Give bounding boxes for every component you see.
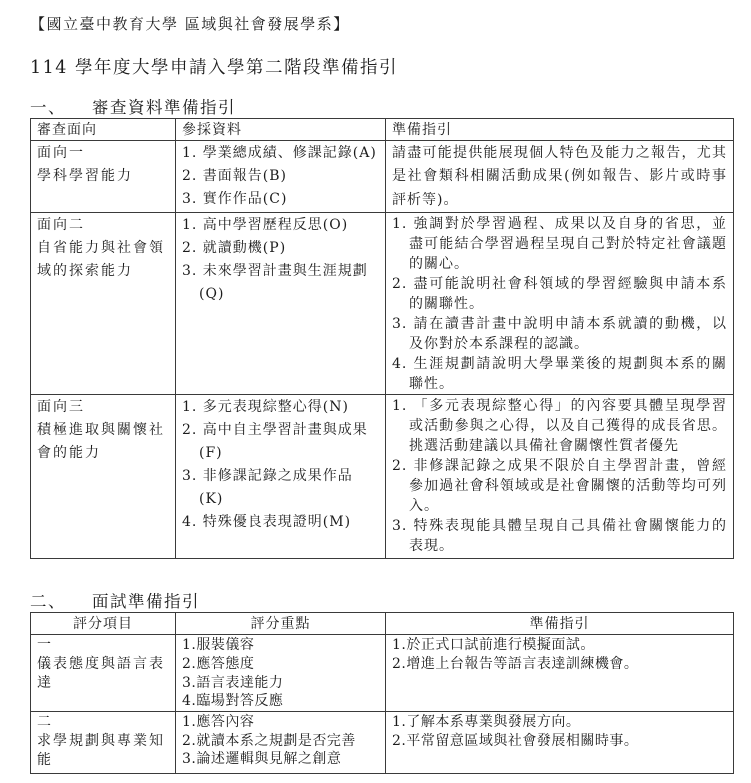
guideline-item: 2.平常留意區域與社會發展相關時事。 — [392, 732, 727, 751]
point-item: 3.語言表達能力 — [182, 674, 379, 693]
material-item-continuation: (K) — [182, 488, 379, 511]
item-number: 一 — [37, 636, 169, 655]
guideline-item: 4. 生涯規劃請說明大學畢業後的規劃與本系的關聯性。 — [392, 354, 727, 394]
material-item: 2. 高中自主學習計畫與成果 — [182, 419, 379, 442]
section-review-title: 審查資料準備指引 — [92, 98, 236, 117]
interview-guidelines-cell: 1.於正式口試前進行模擬面試。 2.增進上台報告等語言表達訓練機會。 — [386, 635, 734, 712]
interview-points-cell: 1.服裝儀容 2.應答態度 3.語言表達能力 4.臨場對答反應 — [176, 635, 386, 712]
aspect-name: 面向一 — [37, 142, 169, 165]
guideline-item: 1. 強調對於學習過程、成果以及自身的省思，並盡可能結合學習過程呈現自己對於特定… — [392, 214, 727, 274]
material-item: 2. 書面報告(B) — [182, 165, 379, 188]
interview-header-guidelines: 準備指引 — [386, 613, 734, 635]
interview-header-points: 評分重點 — [176, 613, 386, 635]
guideline-paragraph: 請盡可能提供能展現個人特色及能力之報告，尤其是社會類科相關活動成果(例如報告、影… — [392, 142, 727, 212]
interview-guidelines-cell: 1.了解本系專業與發展方向。 2.平常留意區域與社會發展相關時事。 — [386, 712, 734, 774]
guideline-item: 3. 特殊表現能具體呈現自己具備社會關懷能力的表現。 — [392, 516, 727, 556]
interview-item-cell: 一 儀表態度與語言表達 — [31, 635, 176, 712]
review-header-materials: 參採資料 — [176, 119, 386, 141]
point-item: 1.應答內容 — [182, 713, 379, 732]
review-guidelines-cell: 1. 「多元表現綜整心得」的內容要具體呈現學習或活動參與之心得，以及自己獲得的成… — [386, 395, 734, 559]
material-item: 1. 多元表現綜整心得(N) — [182, 396, 379, 419]
document-page: 【國立臺中教育大學 區域與社會發展學系】 114 學年度大學申請入學第二階段準備… — [0, 13, 751, 774]
guideline-item: 1. 「多元表現綜整心得」的內容要具體呈現學習或活動參與之心得，以及自己獲得的成… — [392, 396, 727, 456]
doc-title: 114 學年度大學申請入學第二階段準備指引 — [30, 54, 751, 79]
material-item: 1. 學業總成績、修課記錄(A) — [182, 142, 379, 165]
guideline-item: 2. 盡可能說明社會科領域的學習經驗與申請本系的關聯性。 — [392, 274, 727, 314]
interview-table-row-1: 一 儀表態度與語言表達 1.服裝儀容 2.應答態度 3.語言表達能力 4.臨場對… — [31, 635, 734, 712]
material-item-continuation: (Q) — [182, 283, 379, 306]
guideline-item: 2.增進上台報告等語言表達訓練機會。 — [392, 655, 727, 674]
interview-item-cell: 二 求學規劃與專業知能 — [31, 712, 176, 774]
material-item: 3. 未來學習計畫與生涯規劃 — [182, 260, 379, 283]
interview-header-item: 評分項目 — [31, 613, 176, 635]
material-item: 3. 非修課記錄之成果作品 — [182, 465, 379, 488]
review-table-row-1: 面向一 學科學習能力 1. 學業總成績、修課記錄(A) 2. 書面報告(B) 3… — [31, 141, 734, 213]
section-review-number: 一、 — [30, 94, 92, 118]
guideline-item: 1.了解本系專業與發展方向。 — [392, 713, 727, 732]
aspect-description: 自省能力與社會領域的探索能力 — [37, 237, 169, 283]
point-item: 2.就讀本系之規劃是否完善 — [182, 732, 379, 751]
review-materials-cell: 1. 多元表現綜整心得(N) 2. 高中自主學習計畫與成果 (F) 3. 非修課… — [176, 395, 386, 559]
review-materials-cell: 1. 學業總成績、修課記錄(A) 2. 書面報告(B) 3. 實作作品(C) — [176, 141, 386, 213]
material-item: 4. 特殊優良表現證明(M) — [182, 511, 379, 534]
aspect-name: 面向三 — [37, 396, 169, 419]
review-aspect-cell: 面向二 自省能力與社會領域的探索能力 — [31, 213, 176, 395]
review-table-row-2: 面向二 自省能力與社會領域的探索能力 1. 高中學習歷程反思(O) 2. 就讀動… — [31, 213, 734, 395]
interview-points-cell: 1.應答內容 2.就讀本系之規劃是否完善 3.論述邏輯與見解之創意 — [176, 712, 386, 774]
point-item: 4.臨場對答反應 — [182, 692, 379, 711]
guideline-item: 3. 請在讀書計畫中說明申請本系就讀的動機，以及你對於本系課程的認識。 — [392, 314, 727, 354]
material-item-continuation: (F) — [182, 442, 379, 465]
interview-table-row-2: 二 求學規劃與專業知能 1.應答內容 2.就讀本系之規劃是否完善 3.論述邏輯與… — [31, 712, 734, 774]
review-table-row-3: 面向三 積極進取與關懷社會的能力 1. 多元表現綜整心得(N) 2. 高中自主學… — [31, 395, 734, 559]
guideline-item: 2. 非修課記錄之成果不限於自主學習計畫，曾經參加過社會科領域或是社會關懷的活動… — [392, 456, 727, 516]
review-guidelines-cell: 請盡可能提供能展現個人特色及能力之報告，尤其是社會類科相關活動成果(例如報告、影… — [386, 141, 734, 213]
review-aspect-cell: 面向一 學科學習能力 — [31, 141, 176, 213]
item-number: 二 — [37, 713, 169, 732]
review-table-header-row: 審查面向 參採資料 準備指引 — [31, 119, 734, 141]
review-materials-cell: 1. 高中學習歷程反思(O) 2. 就讀動機(P) 3. 未來學習計畫與生涯規劃… — [176, 213, 386, 395]
interview-table-header-row: 評分項目 評分重點 準備指引 — [31, 613, 734, 635]
review-header-guidelines: 準備指引 — [386, 119, 734, 141]
section-review-heading: 一、審查資料準備指引 — [30, 94, 751, 118]
section-interview-heading: 二、面試準備指引 — [30, 588, 751, 612]
review-table: 審查面向 參採資料 準備指引 面向一 學科學習能力 1. 學業總成績、修課記錄(… — [30, 118, 734, 559]
point-item: 3.論述邏輯與見解之創意 — [182, 750, 379, 769]
material-item: 2. 就讀動機(P) — [182, 237, 379, 260]
aspect-description: 積極進取與關懷社會的能力 — [37, 419, 169, 465]
aspect-description: 學科學習能力 — [37, 165, 169, 188]
org-title: 【國立臺中教育大學 區域與社會發展學系】 — [30, 13, 751, 34]
review-guidelines-cell: 1. 強調對於學習過程、成果以及自身的省思，並盡可能結合學習過程呈現自己對於特定… — [386, 213, 734, 395]
material-item: 3. 實作作品(C) — [182, 188, 379, 211]
item-description: 求學規劃與專業知能 — [37, 732, 169, 770]
point-item: 1.服裝儀容 — [182, 636, 379, 655]
section-interview-number: 二、 — [30, 588, 92, 612]
point-item: 2.應答態度 — [182, 655, 379, 674]
interview-table: 評分項目 評分重點 準備指引 一 儀表態度與語言表達 1.服裝儀容 2.應答態度… — [30, 612, 734, 774]
guideline-item: 1.於正式口試前進行模擬面試。 — [392, 636, 727, 655]
item-description: 儀表態度與語言表達 — [37, 655, 169, 693]
aspect-name: 面向二 — [37, 214, 169, 237]
section-interview-title: 面試準備指引 — [92, 592, 200, 611]
review-aspect-cell: 面向三 積極進取與關懷社會的能力 — [31, 395, 176, 559]
review-header-aspect: 審查面向 — [31, 119, 176, 141]
material-item: 1. 高中學習歷程反思(O) — [182, 214, 379, 237]
